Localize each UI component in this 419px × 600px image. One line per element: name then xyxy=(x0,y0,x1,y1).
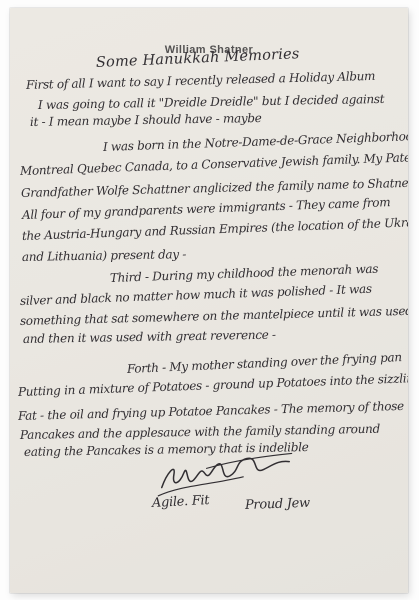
handwritten-line: it - I mean maybe I should have - maybe xyxy=(30,112,262,130)
handwritten-line: silver and black no matter how much it w… xyxy=(20,283,372,309)
signature xyxy=(154,446,297,498)
signoff-line: Agile. Fit xyxy=(152,494,210,512)
handwritten-line: Montreal Quebec Canada, to a Conservativ… xyxy=(20,151,408,179)
handwritten-line: Pancakes and the applesauce with the fam… xyxy=(20,423,380,443)
handwritten-line: I was born in the Notre-Dame-de-Grace Ne… xyxy=(103,129,408,154)
signoff-proud-jew: Proud Jew xyxy=(245,497,310,514)
handwritten-line: Putting in a mixture of Potatoes - groun… xyxy=(18,372,408,400)
handwritten-line: and Lithuania) present day - xyxy=(22,248,186,265)
handwritten-line: First of all I want to say I recently re… xyxy=(26,70,376,93)
handwritten-line: I was going to call it "Dreidle Dreidle"… xyxy=(38,93,384,113)
handwritten-line: and then it was used with great reverenc… xyxy=(23,329,276,347)
paper-sheet: William Shatner Some Hanukkah Memories F… xyxy=(10,8,408,593)
handwritten-line: something that sat somewhere on the mant… xyxy=(20,305,408,329)
scanned-letter-photo: William Shatner Some Hanukkah Memories F… xyxy=(0,0,419,600)
handwritten-line: Fat - the oil and frying up Potatoe Panc… xyxy=(18,400,404,424)
